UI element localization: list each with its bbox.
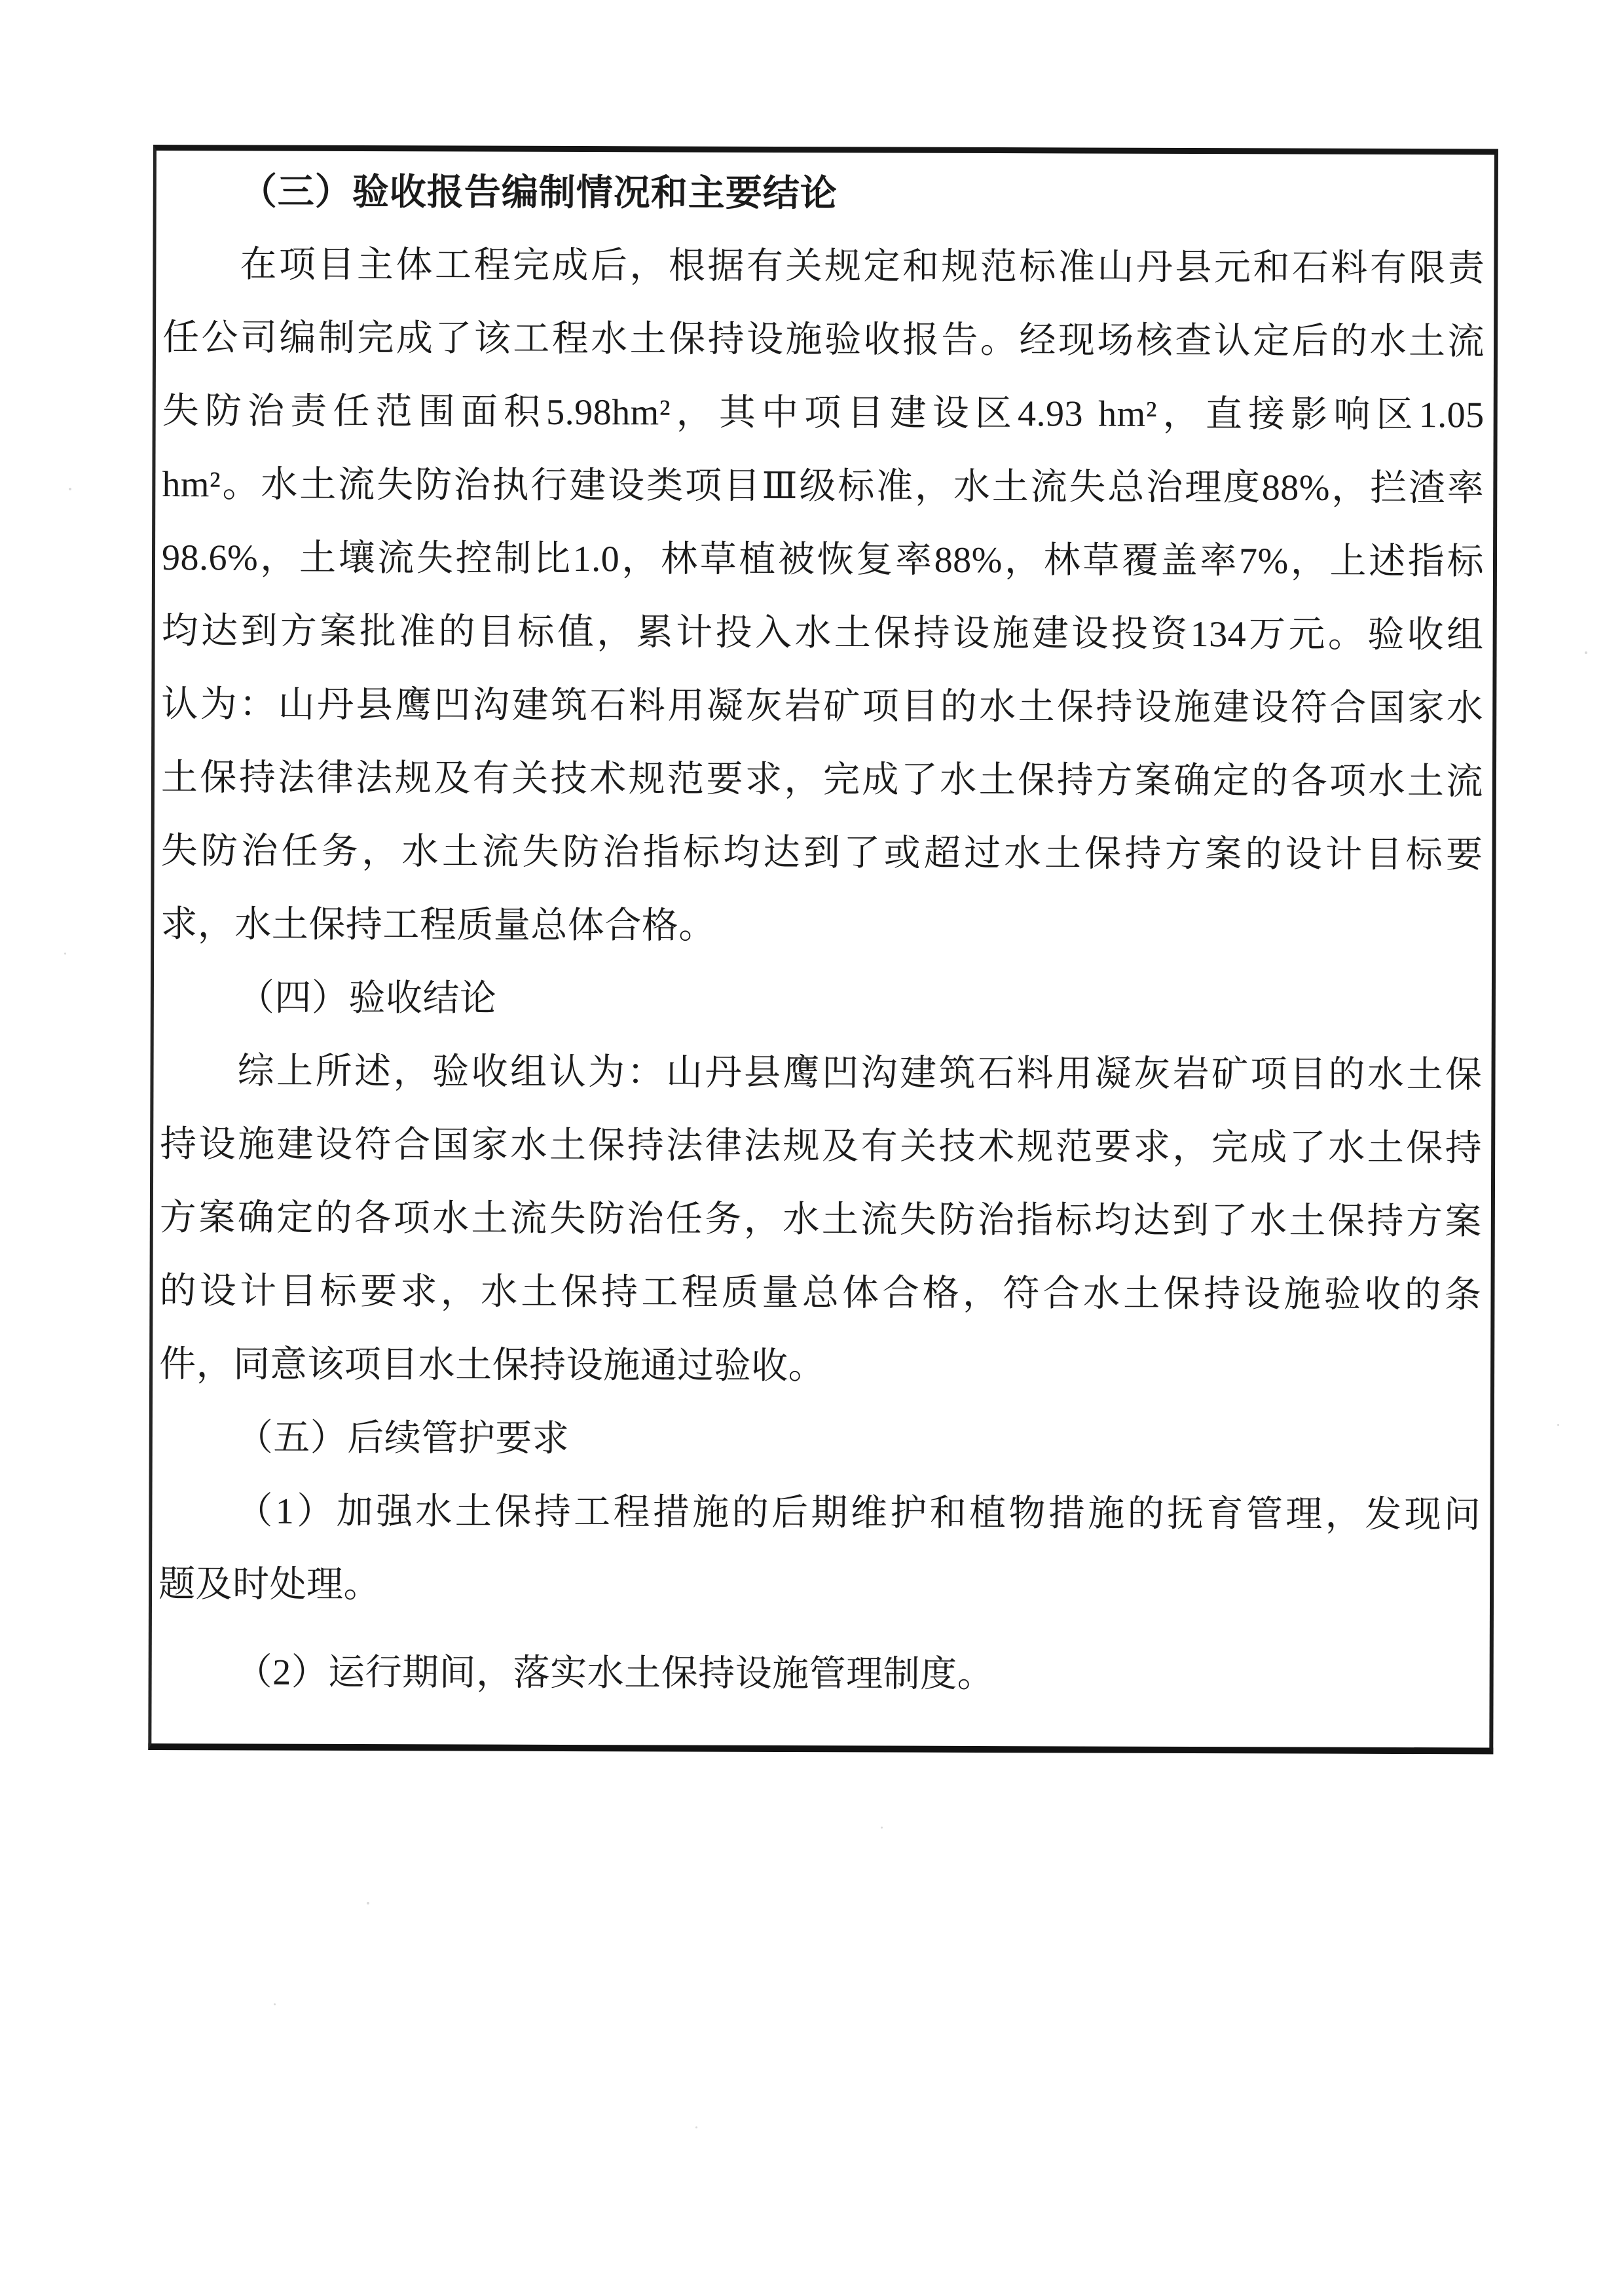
scan-speck [1557, 1424, 1559, 1426]
scan-speck [695, 2126, 697, 2128]
text-line: 失防治责任范围面积5.98hm²，其中项目建设区4.93 hm²，直接影响区1.… [162, 374, 1485, 452]
scan-speck [64, 953, 66, 955]
text-line: 认为：山丹县鹰凹沟建筑石料用凝灰岩矿项目的水土保持设施建设符合国家水 [161, 668, 1483, 745]
text-line: 求，水土保持工程质量总体合格。 [160, 888, 1483, 965]
scan-speck [1585, 651, 1587, 654]
text-line: 的设计目标要求，水土保持工程质量总体合格，符合水土保持设施验收的条 [159, 1254, 1481, 1332]
text-line: 98.6%，土壤流失控制比1.0，林草植被恢复率88%，林草覆盖率7%，上述指标 [162, 521, 1484, 598]
section-heading: （五）后续管护要求 [159, 1401, 1481, 1478]
scan-speck [69, 488, 71, 490]
scanned-page: （三）验收报告编制情况和主要结论在项目主体工程完成后，根据有关规定和规范标准山丹… [0, 0, 1624, 2296]
text-line: 件，同意该项目水土保持设施通过验收。 [159, 1328, 1481, 1405]
text-line: 在项目主体工程完成后，根据有关规定和规范标准山丹县元和石料有限责 [162, 228, 1485, 305]
text-line: 土保持法律法规及有关技术规范要求，完成了水土保持方案确定的各项水土流 [161, 741, 1483, 818]
text-line: hm²。水土流失防治执行建设类项目Ⅲ级标准，水土流失总治理度88%，拦渣率 [162, 448, 1484, 525]
text-line: 任公司编制完成了该工程水土保持设施验收报告。经现场核查认定后的水土流 [162, 301, 1485, 378]
text-line: （1）加强水土保持工程措施的后期维护和植物措施的抚育管理，发现问 [158, 1474, 1481, 1552]
text-line: 持设施建设符合国家水土保持法律法规及有关技术规范要求，完成了水土保持 [160, 1108, 1482, 1185]
text-line: （2）运行期间，落实水土保持设施管理制度。 [158, 1635, 1480, 1713]
text-line: 方案确定的各项水土流失防治任务，水土流失防治指标均达到了水土保持方案 [160, 1181, 1482, 1258]
section-heading: （四）验收结论 [160, 961, 1483, 1038]
text-line: 失防治任务，水土流失防治指标均达到了或超过水土保持方案的设计目标要 [160, 814, 1483, 892]
section-heading: （三）验收报告编制情况和主要结论 [163, 155, 1485, 232]
scan-speck [274, 2003, 276, 2005]
text-line: 题及时处理。 [158, 1548, 1481, 1625]
text-line: 综上所述，验收组认为：山丹县鹰凹沟建筑石料用凝灰岩矿项目的水土保 [160, 1034, 1482, 1112]
scan-speck [881, 1827, 883, 1829]
scan-speck [367, 1902, 369, 1904]
text-line: 均达到方案批准的目标值，累计投入水土保持设施建设投资134万元。验收组 [161, 594, 1483, 672]
document-box: （三）验收报告编制情况和主要结论在项目主体工程完成后，根据有关规定和规范标准山丹… [148, 145, 1498, 1754]
